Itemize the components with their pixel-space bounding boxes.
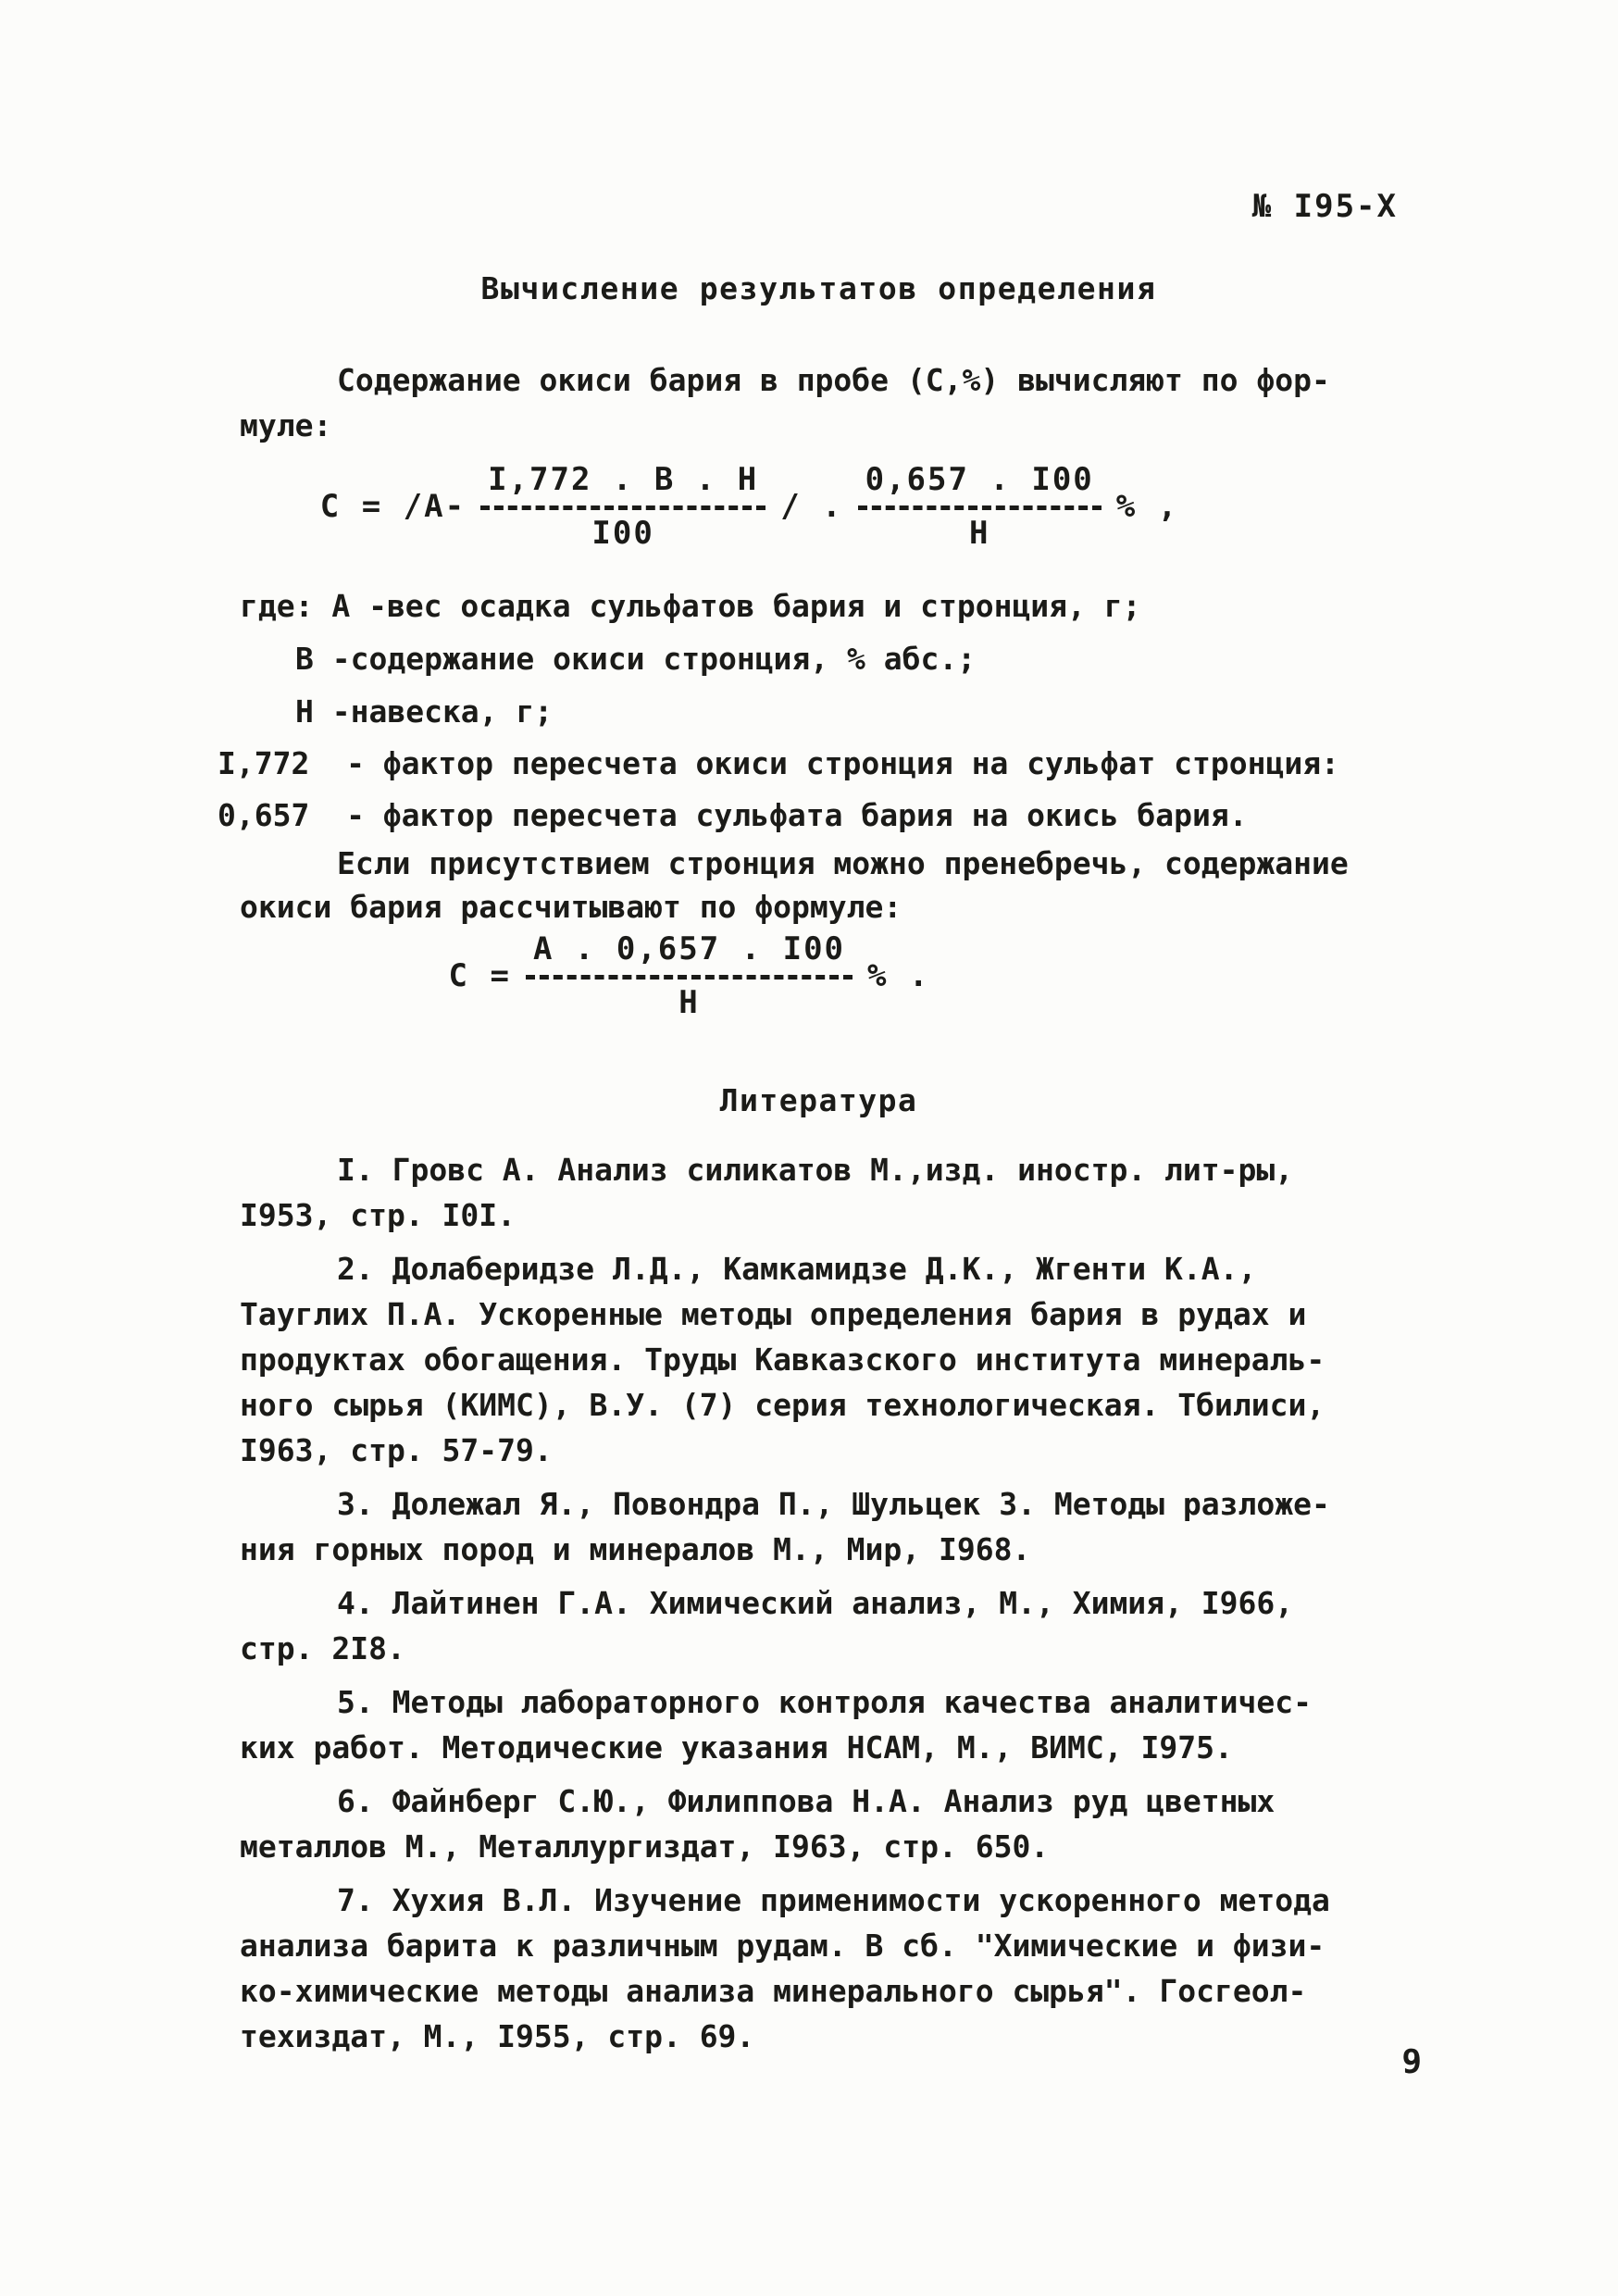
text-line: 5. Методы лабораторного контроля качеств…: [240, 1679, 1398, 1725]
conversion-factors: I,772 - фактор пересчета окиси стронция …: [218, 738, 1398, 842]
formula-lhs: С =: [449, 957, 511, 994]
text-line: ного сырья (КИМС), В.У. (7) серия технол…: [240, 1382, 1398, 1428]
text-line: Содержание окиси бария в пробе (С,%) выч…: [240, 357, 1398, 403]
text-line: ких работ. Методические указания НСАМ, М…: [240, 1725, 1398, 1770]
text-line: 7. Хухия В.Л. Изучение применимости уско…: [240, 1878, 1398, 1923]
literature-item: 6. Файнберг С.Ю., Филиппова Н.А. Анализ …: [240, 1778, 1398, 1869]
fraction: А . 0,657 . I00 Н: [526, 930, 853, 1021]
text-line: Если присутствием стронция можно пренебр…: [240, 842, 1398, 885]
text-line: Тауглих П.А. Ускоренные методы определен…: [240, 1291, 1398, 1337]
fraction-numerator: 0,657 . I00: [858, 461, 1101, 510]
text-line: I953, стр. I0I.: [240, 1192, 1398, 1238]
doc-number: № I95-Х: [240, 0, 1398, 226]
document-page: № I95-Х Вычисление результатов определен…: [0, 0, 1618, 2296]
formula-divider: / .: [780, 488, 842, 525]
text-line: I. Гровс А. Анализ силикатов М.,изд. ино…: [240, 1147, 1398, 1192]
page-number: 9: [1401, 2044, 1422, 2081]
text-line: Н -навеска, г;: [240, 685, 1398, 738]
formula-rhs: % .: [867, 957, 929, 994]
fraction: I,772 . В . Н I00: [480, 461, 765, 552]
literature-heading: Литература: [240, 1080, 1398, 1121]
text-line: окиси бария рассчитывают по формуле:: [240, 885, 1398, 929]
literature-item: 4. Лайтинен Г.А. Химический анализ, М., …: [240, 1580, 1398, 1671]
literature-item: I. Гровс А. Анализ силикатов М.,изд. ино…: [240, 1147, 1398, 1238]
fraction: 0,657 . I00 Н: [858, 461, 1101, 552]
text-line: 6. Файнберг С.Ю., Филиппова Н.А. Анализ …: [240, 1778, 1398, 1824]
text-line: ко-химические методы анализа минеральног…: [240, 1968, 1398, 2014]
text-line: 4. Лайтинен Г.А. Химический анализ, М., …: [240, 1580, 1398, 1626]
text-line: 0,657 - фактор пересчета сульфата бария …: [218, 790, 1398, 842]
text-line: где: А -вес осадка сульфатов бария и стр…: [240, 580, 1398, 632]
note-paragraph: Если присутствием стронция можно пренебр…: [240, 842, 1398, 929]
literature-item: 7. Хухия В.Л. Изучение применимости уско…: [240, 1878, 1398, 2059]
text-line: I963, стр. 57-79.: [240, 1428, 1398, 1473]
fraction-denominator: Н: [678, 980, 699, 1021]
text-line: анализа барита к различным рудам. В сб. …: [240, 1923, 1398, 1968]
text-line: продуктах обогащения. Труды Кавказского …: [240, 1337, 1398, 1382]
text-line: металлов М., Металлургиздат, I963, стр. …: [240, 1824, 1398, 1869]
text-line: техиздат, М., I955, стр. 69.: [240, 2014, 1398, 2059]
text-line: муле:: [240, 403, 1398, 448]
formula-lhs: С = /А-: [320, 488, 466, 525]
text-line: В -содержание окиси стронция, % абс.;: [240, 632, 1398, 685]
where-definitions: где: А -вес осадка сульфатов бария и стр…: [240, 580, 1398, 738]
literature-list: I. Гровс А. Анализ силикатов М.,изд. ино…: [240, 1147, 1398, 2059]
fraction-numerator: I,772 . В . Н: [480, 461, 765, 510]
text-line: 2. Долаберидзе Л.Д., Камкамидзе Д.К., Жг…: [240, 1246, 1398, 1291]
literature-item: 5. Методы лабораторного контроля качеств…: [240, 1679, 1398, 1770]
text-line: ния горных пород и минералов М., Мир, I9…: [240, 1527, 1398, 1572]
fraction-denominator: Н: [969, 510, 989, 552]
literature-item: 3. Долежал Я., Повондра П., Шульцек З. М…: [240, 1481, 1398, 1572]
text-line: стр. 2I8.: [240, 1626, 1398, 1671]
text-line: I,772 - фактор пересчета окиси стронция …: [218, 738, 1398, 790]
fraction-numerator: А . 0,657 . I00: [526, 930, 853, 980]
literature-item: 2. Долаберидзе Л.Д., Камкамидзе Д.К., Жг…: [240, 1246, 1398, 1473]
fraction-denominator: I00: [591, 510, 653, 552]
formula-simple: С = А . 0,657 . I00 Н % .: [240, 930, 1398, 1021]
text-line: 3. Долежал Я., Повондра П., Шульцек З. М…: [240, 1481, 1398, 1527]
intro-paragraph: Содержание окиси бария в пробе (С,%) выч…: [240, 357, 1398, 448]
formula-with-strontium: С = /А- I,772 . В . Н I00 / . 0,657 . I0…: [240, 461, 1398, 552]
formula-rhs: % ,: [1116, 488, 1178, 525]
page-title: Вычисление результатов определения: [240, 268, 1398, 309]
